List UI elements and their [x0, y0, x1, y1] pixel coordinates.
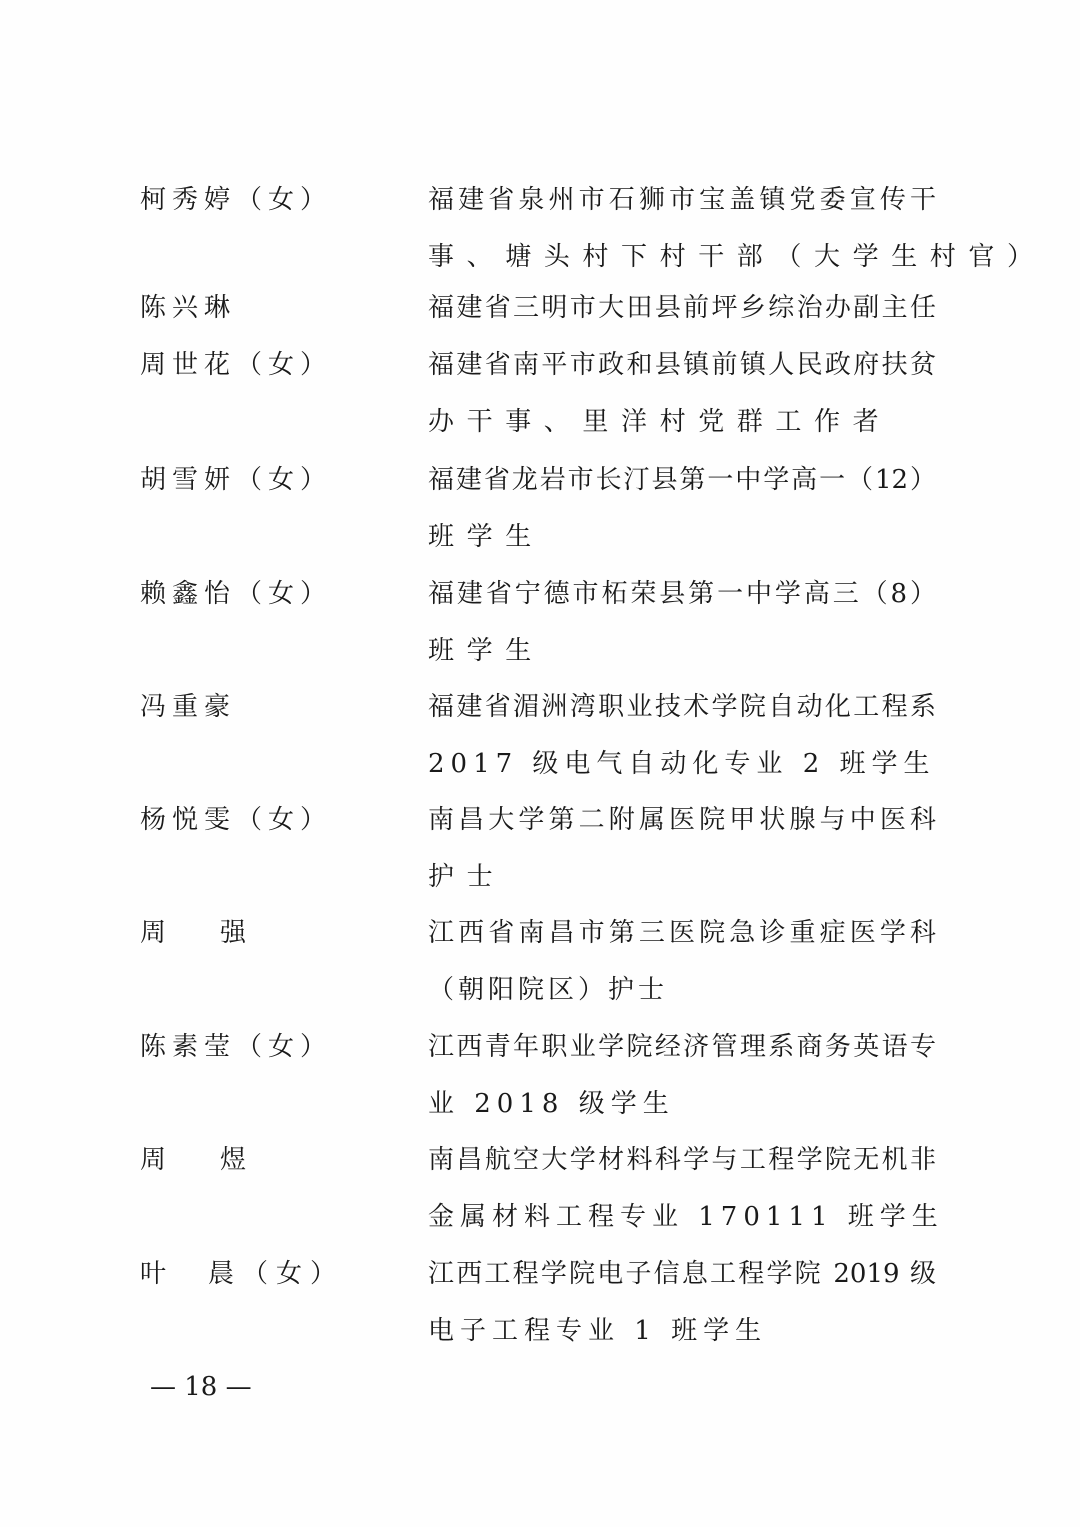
person-name: 陈兴琳 [140, 291, 236, 325]
affiliation: 南昌航空大学材料科学与工程学院无机非 金属材料工程专业 170111 班学生 [428, 1143, 948, 1257]
affiliation-line: 电子工程专业 1 班学生 [428, 1314, 948, 1371]
affiliation-line: 福建省泉州市石狮市宝盖镇党委宣传干 [428, 183, 936, 240]
person-name: 叶 晨（女） [140, 1257, 344, 1291]
affiliation: 福建省泉州市石狮市宝盖镇党委宣传干 事、塘头村下村干部（大学生村官） [428, 183, 948, 297]
person-name: 赖鑫怡（女） [140, 577, 332, 611]
affiliation: 江西省南昌市第三医院急诊重症医学科 （朝阳院区）护士 [428, 916, 948, 1030]
affiliation-line: 金属材料工程专业 170111 班学生 [428, 1200, 948, 1257]
affiliation-line: 江西工程学院电子信息工程学院 2019 级 [428, 1257, 936, 1314]
affiliation-line: 2017 级电气自动化专业 2 班学生 [428, 747, 948, 804]
person-name: 柯秀婷（女） [140, 183, 332, 217]
affiliation-line: 福建省湄洲湾职业技术学院自动化工程系 [428, 690, 936, 747]
affiliation-line: 办干事、里洋村党群工作者 [428, 405, 948, 462]
affiliation-line: 南昌大学第二附属医院甲状腺与中医科 [428, 803, 936, 860]
person-name: 周 煜 [140, 1143, 260, 1177]
affiliation-line: 业 2018 级学生 [428, 1087, 948, 1144]
page-number: — 18 — [150, 1370, 252, 1404]
affiliation-line: 南昌航空大学材料科学与工程学院无机非 [428, 1143, 936, 1200]
affiliation-line: （朝阳院区）护士 [428, 973, 948, 1030]
affiliation-line: 福建省南平市政和县镇前镇人民政府扶贫 [428, 348, 936, 405]
affiliation: 福建省宁德市柘荣县第一中学高三（8） 班学生 [428, 577, 948, 691]
affiliation-line: 班学生 [428, 634, 948, 691]
affiliation-line: 福建省三明市大田县前坪乡综治办副主任 [428, 291, 936, 348]
affiliation: 南昌大学第二附属医院甲状腺与中医科 护士 [428, 803, 948, 917]
person-name: 冯重豪 [140, 690, 236, 724]
affiliation-line: 班学生 [428, 520, 948, 577]
person-name: 杨悦雯（女） [140, 803, 332, 837]
affiliation: 福建省湄洲湾职业技术学院自动化工程系 2017 级电气自动化专业 2 班学生 [428, 690, 948, 804]
document-page: 柯秀婷（女） 福建省泉州市石狮市宝盖镇党委宣传干 事、塘头村下村干部（大学生村官… [0, 0, 1080, 1527]
person-name: 周世花（女） [140, 348, 332, 382]
affiliation: 江西工程学院电子信息工程学院 2019 级 电子工程专业 1 班学生 [428, 1257, 948, 1371]
affiliation: 福建省南平市政和县镇前镇人民政府扶贫 办干事、里洋村党群工作者 [428, 348, 948, 462]
person-name: 周 强 [140, 916, 260, 950]
affiliation: 福建省三明市大田县前坪乡综治办副主任 [428, 291, 948, 348]
person-name: 胡雪妍（女） [140, 463, 332, 497]
affiliation: 福建省龙岩市长汀县第一中学高一（12） 班学生 [428, 463, 948, 577]
affiliation-line: 福建省宁德市柘荣县第一中学高三（8） [428, 577, 936, 634]
affiliation-line: 江西青年职业学院经济管理系商务英语专 [428, 1030, 936, 1087]
affiliation: 江西青年职业学院经济管理系商务英语专 业 2018 级学生 [428, 1030, 948, 1144]
affiliation-line: 事、塘头村下村干部（大学生村官） [428, 240, 948, 297]
affiliation-line: 护士 [428, 860, 948, 917]
affiliation-line: 福建省龙岩市长汀县第一中学高一（12） [428, 463, 936, 520]
affiliation-line: 江西省南昌市第三医院急诊重症医学科 [428, 916, 936, 973]
person-name: 陈素莹（女） [140, 1030, 332, 1064]
